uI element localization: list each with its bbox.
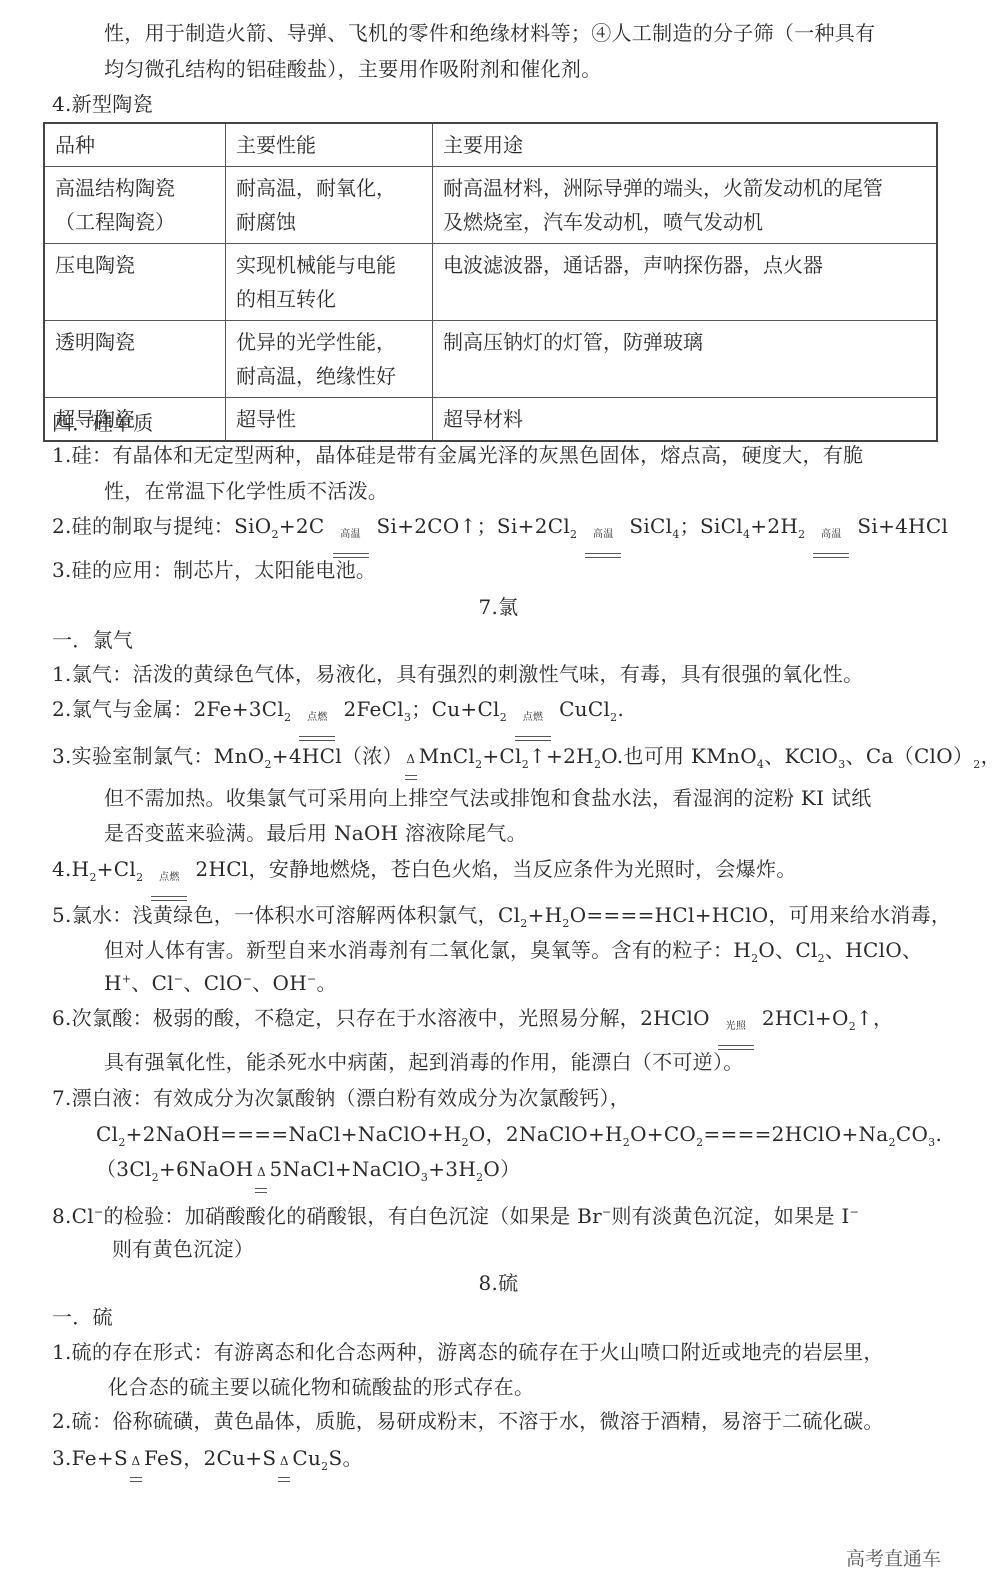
- sulfur-item-3: 3.Fe+SΔFeS，2Cu+SΔCu2S。: [52, 1445, 363, 1474]
- chlorine-item-8-line-2: 则有黄色沉淀）: [112, 1236, 254, 1262]
- cell-uses: 电波滤波器，通话器，声呐探伤器，点火器: [433, 244, 938, 321]
- chlorine-item-4: 4.H2+Cl2点燃2HCl，安静地燃烧，苍白色火焰，当反应条件为光照时，会爆炸…: [52, 856, 797, 891]
- table-row: 高温结构陶瓷（工程陶瓷） 耐高温，耐氧化，耐腐蚀 耐高温材料，洲际导弹的端头，火…: [44, 167, 937, 244]
- sulfur-item-2: 2.硫：俗称硫磺，黄色晶体，质脆，易研成粉末，不溶于水，微溶于酒精，易溶于二硫化…: [52, 1408, 884, 1434]
- cell-variety: 透明陶瓷: [44, 321, 226, 398]
- section-heading-silicon: 四．硅单质: [52, 410, 154, 436]
- condition-label: 高温: [579, 522, 627, 548]
- cell-uses: 超导材料: [433, 398, 938, 442]
- chlorine-item-3-line-2: 但不需加热。收集氯气可采用向上排空气法或排饱和食盐水法，看湿润的淀粉 KI 试纸: [104, 785, 872, 811]
- condition-label: 高温: [327, 522, 375, 548]
- chapter-title-chlorine: 7.氯: [0, 594, 997, 620]
- intro-line-1: 性，用于制造火箭、导弹、飞机的零件和绝缘材料等；④人工制造的分子筛（一种具有: [104, 20, 875, 46]
- chlorine-item-6-line-2: 具有强氧化性，能杀死水中病菌，起到消毒的作用，能漂白（不可逆）。: [104, 1049, 744, 1075]
- chlorine-item-5-line-3: H+、Cl−、ClO−、OH−。: [104, 970, 337, 996]
- chlorine-item-3-line-3: 是否变蓝来验满。最后用 NaOH 溶液除尾气。: [104, 820, 527, 846]
- cell-properties: 超导性: [226, 398, 433, 442]
- chapter-title-sulfur: 8.硫: [0, 1270, 997, 1296]
- chlorine-item-5-line-2: 但对人体有害。新型自来水消毒剂有二氧化氯，臭氧等。含有的粒子：H2O、Cl2、H…: [104, 937, 922, 963]
- chlorine-item-3-line-1: 3.实验室制氯气：MnO2+4HCl（浓）ΔMnCl2+Cl2↑+2H2O.也可…: [52, 743, 997, 772]
- column-header: 主要用途: [433, 123, 938, 167]
- cell-properties: 实现机械能与电能的相互转化: [226, 244, 433, 321]
- ceramics-table: 品种 主要性能 主要用途 高温结构陶瓷（工程陶瓷） 耐高温，耐氧化，耐腐蚀 耐高…: [43, 122, 938, 442]
- sulfur-item-1-line-1: 1.硫的存在形式：有游离态和化合态两种，游离态的硫存在于火山喷口附近或地壳的岩层…: [52, 1339, 884, 1365]
- cell-variety: 压电陶瓷: [44, 244, 226, 321]
- silicon-item-1-line-1: 1.硅：有晶体和无定型两种，晶体硅是带有金属光泽的灰黑色固体，熔点高，硬度大，有…: [52, 442, 863, 468]
- column-header: 主要性能: [226, 123, 433, 167]
- section-heading-chlorine-gas: 一．氯气: [52, 627, 133, 653]
- section-heading-sulfur: 一．硫: [52, 1304, 113, 1330]
- cell-uses: 制高压钠灯的灯管，防弹玻璃: [433, 321, 938, 398]
- table-row: 压电陶瓷 实现机械能与电能的相互转化 电波滤波器，通话器，声呐探伤器，点火器: [44, 244, 937, 321]
- cell-variety: 高温结构陶瓷（工程陶瓷）: [44, 167, 226, 244]
- watermark-logo: 高考直通车: [846, 1544, 941, 1571]
- chlorine-item-7-line-1: 7.漂白液：有效成分为次氯酸钠（漂白粉有效成分为次氯酸钙），: [52, 1085, 630, 1111]
- silicon-item-3: 3.硅的应用：制芯片，太阳能电池。: [52, 557, 376, 583]
- sulfur-item-1-line-2: 化合态的硫主要以硫化物和硫酸盐的形式存在。: [108, 1374, 534, 1400]
- table-row: 超导陶瓷 超导性 超导材料: [44, 398, 937, 442]
- column-header: 品种: [44, 123, 226, 167]
- chlorine-item-7-line-2: Cl2+2NaOH====NaCl+NaClO+H2O，2NaClO+H2O+C…: [96, 1121, 942, 1147]
- chlorine-item-8-line-1: 8.Cl−的检验：加硝酸酸化的硝酸银，有白色沉淀（如果是 Br−则有淡黄色沉淀，…: [52, 1203, 859, 1229]
- condition-label: 高温: [807, 522, 855, 548]
- chlorine-item-5-line-1: 5.氯水：浅黄绿色，一体积水可溶解两体积氯气，Cl2+H2O====HCl+HC…: [52, 902, 951, 928]
- section-heading-new-ceramics: 4.新型陶瓷: [52, 91, 153, 117]
- silicon-item-1-line-2: 性，在常温下化学性质不活泼。: [104, 478, 388, 504]
- cell-properties: 优异的光学性能，耐高温，绝缘性好: [226, 321, 433, 398]
- silicon-item-2: 2.硅的制取与提纯：SiO2+2C高温Si+2CO↑；Si+2Cl2高温SiCl…: [52, 513, 948, 548]
- table-header-row: 品种 主要性能 主要用途: [44, 123, 937, 167]
- chlorine-item-1: 1.氯气：活泼的黄绿色气体，易液化，具有强烈的刺激性气味，有毒，具有很强的氧化性…: [52, 661, 863, 687]
- table-row: 透明陶瓷 优异的光学性能，耐高温，绝缘性好 制高压钠灯的灯管，防弹玻璃: [44, 321, 937, 398]
- chlorine-item-7-line-3: （3Cl2+6NaOHΔ5NaCl+NaClO3+3H2O）: [96, 1156, 520, 1185]
- cell-uses: 耐高温材料，洲际导弹的端头，火箭发动机的尾管及燃烧室，汽车发动机，喷气发动机: [433, 167, 938, 244]
- chlorine-item-2: 2.氯气与金属：2Fe+3Cl2点燃2FeCl3；Cu+Cl2点燃CuCl2.: [52, 696, 624, 731]
- cell-properties: 耐高温，耐氧化，耐腐蚀: [226, 167, 433, 244]
- intro-line-2: 均匀微孔结构的铝硅酸盐），主要用作吸附剂和催化剂。: [104, 56, 602, 82]
- chlorine-item-6-line-1: 6.次氯酸：极弱的酸，不稳定，只存在于水溶液中，光照易分解，2HClO光照2HC…: [52, 1005, 893, 1040]
